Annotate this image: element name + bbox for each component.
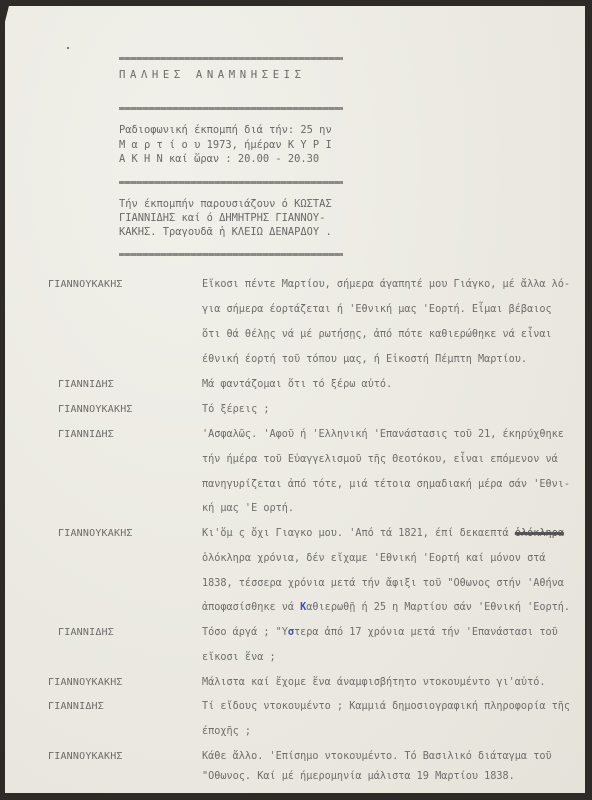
dialogue-line: έθνική έορτή τοῦ τόπου μας, ή Εἰκοστή Πέ… <box>202 354 527 365</box>
header-rule-mid <box>119 107 343 110</box>
dialogue-line: 'Ασφαλῶς. 'Αφοῦ ή 'Ελληνική 'Επανάστασις… <box>202 429 564 440</box>
speaker-label: ΓΙΑΝΝΙΔΗΣ <box>58 627 114 638</box>
dialogue-line: πανηγυρίζεται ἀπό τότε, μιά τέτοια σημαδ… <box>202 479 570 490</box>
dialogue-line: ἀποφασίσθηκε νά Καθιερωθῇ ή 25 η Μαρτίου… <box>202 602 570 613</box>
dialogue-line: Κάθε ἄλλο. 'Επίσημο ντοκουμέντο. Τό Βασι… <box>202 751 552 762</box>
speaker-label: ΓΙΑΝΝΟΥΚΑΚΗΣ <box>48 677 123 688</box>
dialogue-line: "Οθωνος. Καί μέ ήμερομηνία μάλιστα 19 Μα… <box>202 771 515 782</box>
credits-line-3: ΚΑΚΗΣ. Τραγουδᾶ ἡ ΚΛΕΙΩ ΔΕΝΑΡΔΟΥ . <box>119 226 332 238</box>
dialogue-line: για σήμερα έορτάζεται ή 'Εθνική μας 'Εορ… <box>202 304 552 315</box>
paper-speck <box>67 47 69 49</box>
dialogue-text: Κι'ὅμ ς ὄχι Γιαγκο μου. 'Από τά 1821, έπ… <box>202 528 515 539</box>
dialogue-text: ἀποφασίσθηκε νά <box>202 602 300 613</box>
broadcast-info-line-3: Α Κ Η Ν καί ὥραν : 20.00 - 20.30 <box>119 153 319 165</box>
struck-out-word: ὁλόκληρα <box>515 528 564 539</box>
speaker-label: ΓΙΑΝΝΟΥΚΑΚΗΣ <box>58 528 133 539</box>
header-rule-top <box>119 57 343 60</box>
broadcast-info-line-1: Ραδιοφωνική έκπομπή διά τήν: 25 ην <box>119 124 332 136</box>
speaker-label: ΓΙΑΝΝΙΔΗΣ <box>48 701 104 712</box>
dialogue-line: τήν ήμέρα τοῦ Εὐαγγελισμοῦ τῆς Θεοτόκου,… <box>202 454 558 465</box>
broadcast-info-line-2: Μ α ρ τ ί ο υ 1973, ήμέραν Κ Υ Ρ Ι <box>119 139 332 151</box>
speaker-label: ΓΙΑΝΝΙΔΗΣ <box>58 379 114 390</box>
dialogue-text: Τόσο άργά ; "Υ <box>202 627 288 638</box>
speaker-label: ΓΙΑΝΝΟΥΚΑΚΗΣ <box>48 279 123 290</box>
dialogue-line: κή μας 'Ε ορτή. <box>202 503 294 514</box>
dialogue-line: Τό ξέρεις ; <box>202 404 269 415</box>
dialogue-line: Μάλιστα καί ἔχομε ἕνα άναμφισβήτητο ντοκ… <box>202 677 545 688</box>
dialogue-line: Κι'ὅμ ς ὄχι Γιαγκο μου. 'Από τά 1821, έπ… <box>202 528 564 539</box>
speaker-label: ΓΙΑΝΝΙΔΗΣ <box>58 429 114 440</box>
speaker-label: ΓΙΑΝΝΟΥΚΑΚΗΣ <box>48 751 123 762</box>
dialogue-line: Τόσο άργά ; "Υστερα ἀπό 17 χρόνια μετά τ… <box>202 627 558 638</box>
dialogue-line: Τί εἴδους ντοκουμέντο ; Καμμιά δημοσιογρ… <box>202 701 570 712</box>
dialogue-line: Μά φαντάζομαι ὅτι τό ξέρω αὐτό. <box>202 379 392 390</box>
credits-line-1: Τήν έκπομπήν παρουσιάζουν ό ΚΩΣΤΑΣ <box>119 198 332 210</box>
dialogue-text: τερα ἀπό 17 χρόνια μετά τήν 'Επανάστασι … <box>294 627 558 638</box>
dialogue-line: εἴκοσι ἕνα ; <box>202 652 276 663</box>
document-title: ΠΑΛΗΕΣ ΑΝΑΜΝΗΣΕΙΣ <box>119 69 306 81</box>
header-rule-lower <box>119 181 343 184</box>
credits-line-2: ΓΙΑΝΝΙΔΗΣ καί ό ΔΗΜΗΤΡΗΣ ΓΙΑΝΝΟΥ- <box>119 212 325 224</box>
speaker-label: ΓΙΑΝΝΟΥΚΑΚΗΣ <box>58 404 133 415</box>
header-rule-bottom <box>119 253 343 256</box>
dialogue-line: 1838, τέσσερα χρόνια μετά τήν ἄφιξι τοῦ … <box>202 578 564 589</box>
dialogue-line: Εἴκοσι πέντε Μαρτίου, σήμερα άγαπητέ μου… <box>202 279 570 290</box>
dialogue-line: ὅτι θά θέλῃς νά μέ ρωτήσῃς, ἀπό πότε καθ… <box>202 329 552 340</box>
dialogue-line: έποχῆς ; <box>202 726 251 737</box>
dialogue-text: αθιερωθῇ ή 25 η Μαρτίου σάν 'Εθνική 'Εορ… <box>306 602 570 613</box>
dialogue-line: ὁλόκληρα χρόνια, δέν εἴχαμε 'Εθνική 'Εορ… <box>202 553 545 564</box>
